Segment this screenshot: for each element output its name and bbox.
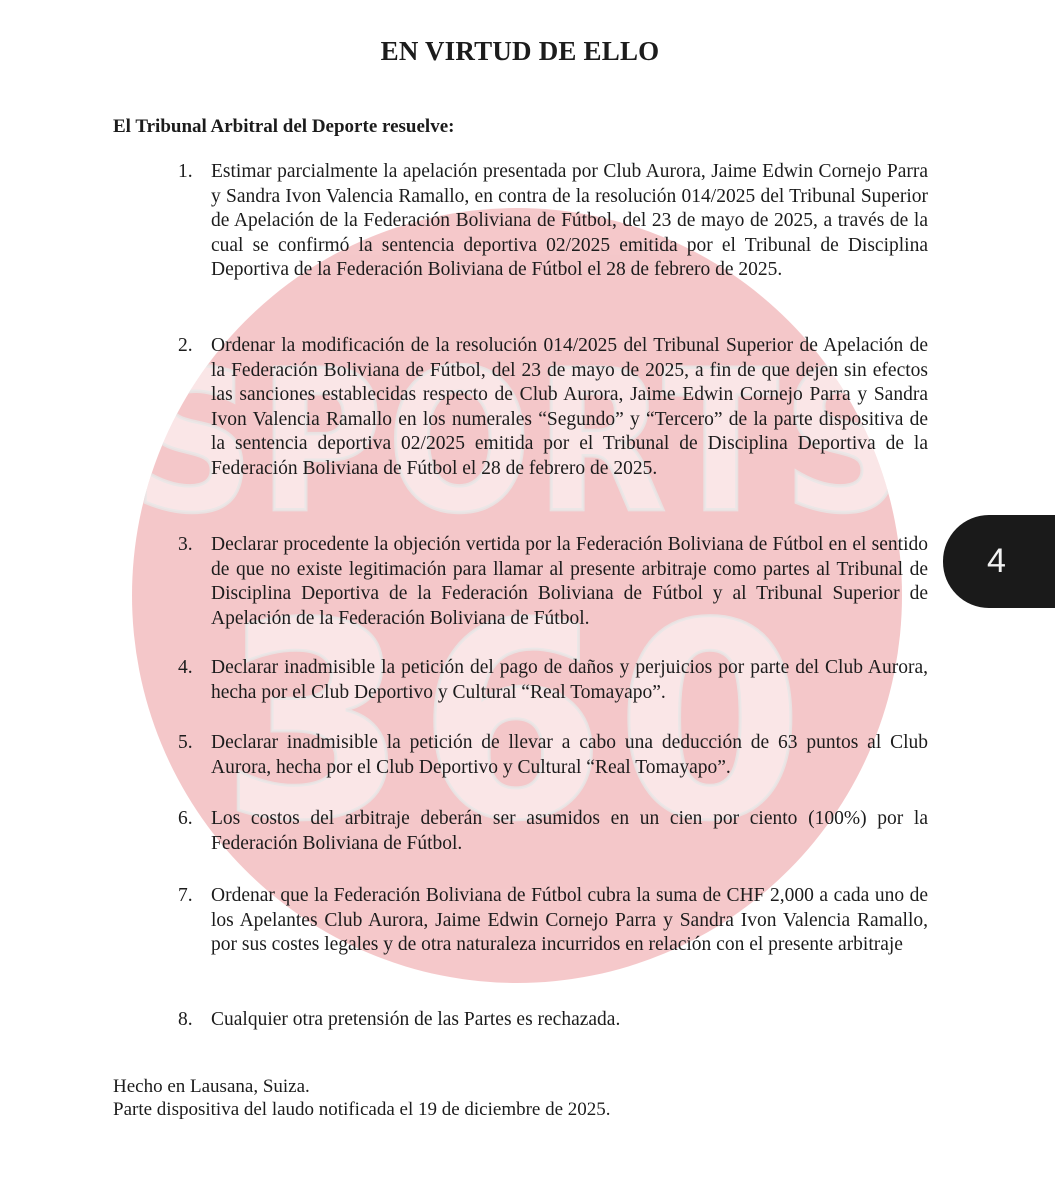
footer-notice: Parte dispositiva del laudo notificada e… <box>113 1099 611 1121</box>
resolution-item: 4. Declarar inadmisible la petición del … <box>178 656 928 705</box>
item-text: Declarar inadmisible la petición de llev… <box>211 731 928 780</box>
page-number-indicator[interactable]: 4 <box>943 515 1055 608</box>
item-text: Declarar procedente la objeción vertida … <box>211 533 928 631</box>
item-number: 7. <box>178 884 208 909</box>
resolution-item: 3. Declarar procedente la objeción verti… <box>178 533 928 631</box>
item-number: 5. <box>178 731 208 756</box>
item-text: Ordenar que la Federación Boliviana de F… <box>211 884 928 958</box>
item-number: 3. <box>178 533 208 558</box>
resolution-item: 6. Los costos del arbitraje deberán ser … <box>178 807 928 856</box>
resolution-item: 1. Estimar parcialmente la apelación pre… <box>178 160 928 283</box>
item-text: Ordenar la modificación de la resolución… <box>211 334 928 481</box>
resolution-item: 2. Ordenar la modificación de la resoluc… <box>178 334 928 481</box>
item-number: 8. <box>178 1008 208 1033</box>
item-text: Estimar parcialmente la apelación presen… <box>211 160 928 283</box>
item-number: 2. <box>178 334 208 359</box>
resolution-item: 7. Ordenar que la Federación Boliviana d… <box>178 884 928 958</box>
resolution-item: 8. Cualquier otra pretensión de las Part… <box>178 1008 928 1033</box>
document-title: EN VIRTUD DE ELLO <box>0 36 1040 67</box>
item-text: Declarar inadmisible la petición del pag… <box>211 656 928 705</box>
item-text: Los costos del arbitraje deberán ser asu… <box>211 807 928 856</box>
item-number: 4. <box>178 656 208 681</box>
resolution-item: 5. Declarar inadmisible la petición de l… <box>178 731 928 780</box>
item-number: 6. <box>178 807 208 832</box>
item-text: Cualquier otra pretensión de las Partes … <box>211 1008 928 1033</box>
item-number: 1. <box>178 160 208 185</box>
document-intro: El Tribunal Arbitral del Deporte resuelv… <box>113 116 454 138</box>
footer-place: Hecho en Lausana, Suiza. <box>113 1076 310 1098</box>
